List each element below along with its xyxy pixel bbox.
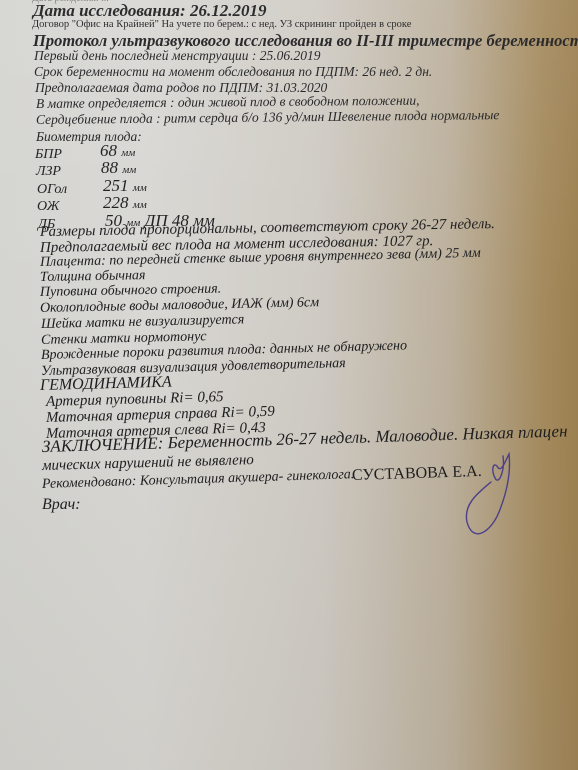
biometry-value: 228 мм xyxy=(103,193,147,213)
ultrasound-report-page: Дата рождения: ... Дата исследования: 26… xyxy=(0,0,578,770)
exam-date: Дата исследования: 26.12.2019 xyxy=(33,1,266,21)
heartbeat-line: Сердцебиение плода : ритм сердца б/о 136… xyxy=(36,107,500,128)
biometry-unit: мм xyxy=(133,199,147,211)
biometry-label: ЛЗР xyxy=(36,164,61,180)
biometry-number: 228 xyxy=(103,193,129,212)
biometry-label: ОЖ xyxy=(37,199,59,215)
biometry-label: ОГол xyxy=(37,182,67,198)
exam-date-label: Дата исследования: xyxy=(33,1,186,20)
doctor-label: Врач: xyxy=(42,496,81,514)
biometry-unit: мм xyxy=(122,164,136,176)
biometry-label: БПР xyxy=(35,147,62,163)
exam-date-value: 26.12.2019 xyxy=(190,1,267,20)
doctor-signature xyxy=(455,452,535,552)
biometry-number: 88 xyxy=(101,158,118,177)
contract-line: Договор "Офис на Крайней" На учете по бе… xyxy=(32,19,411,30)
lmp-line: Первый день последней менструации : 25.0… xyxy=(34,48,320,64)
biometry-value: 88 мм xyxy=(101,158,136,178)
term-line: Срок беременности на момент обследования… xyxy=(34,64,432,80)
